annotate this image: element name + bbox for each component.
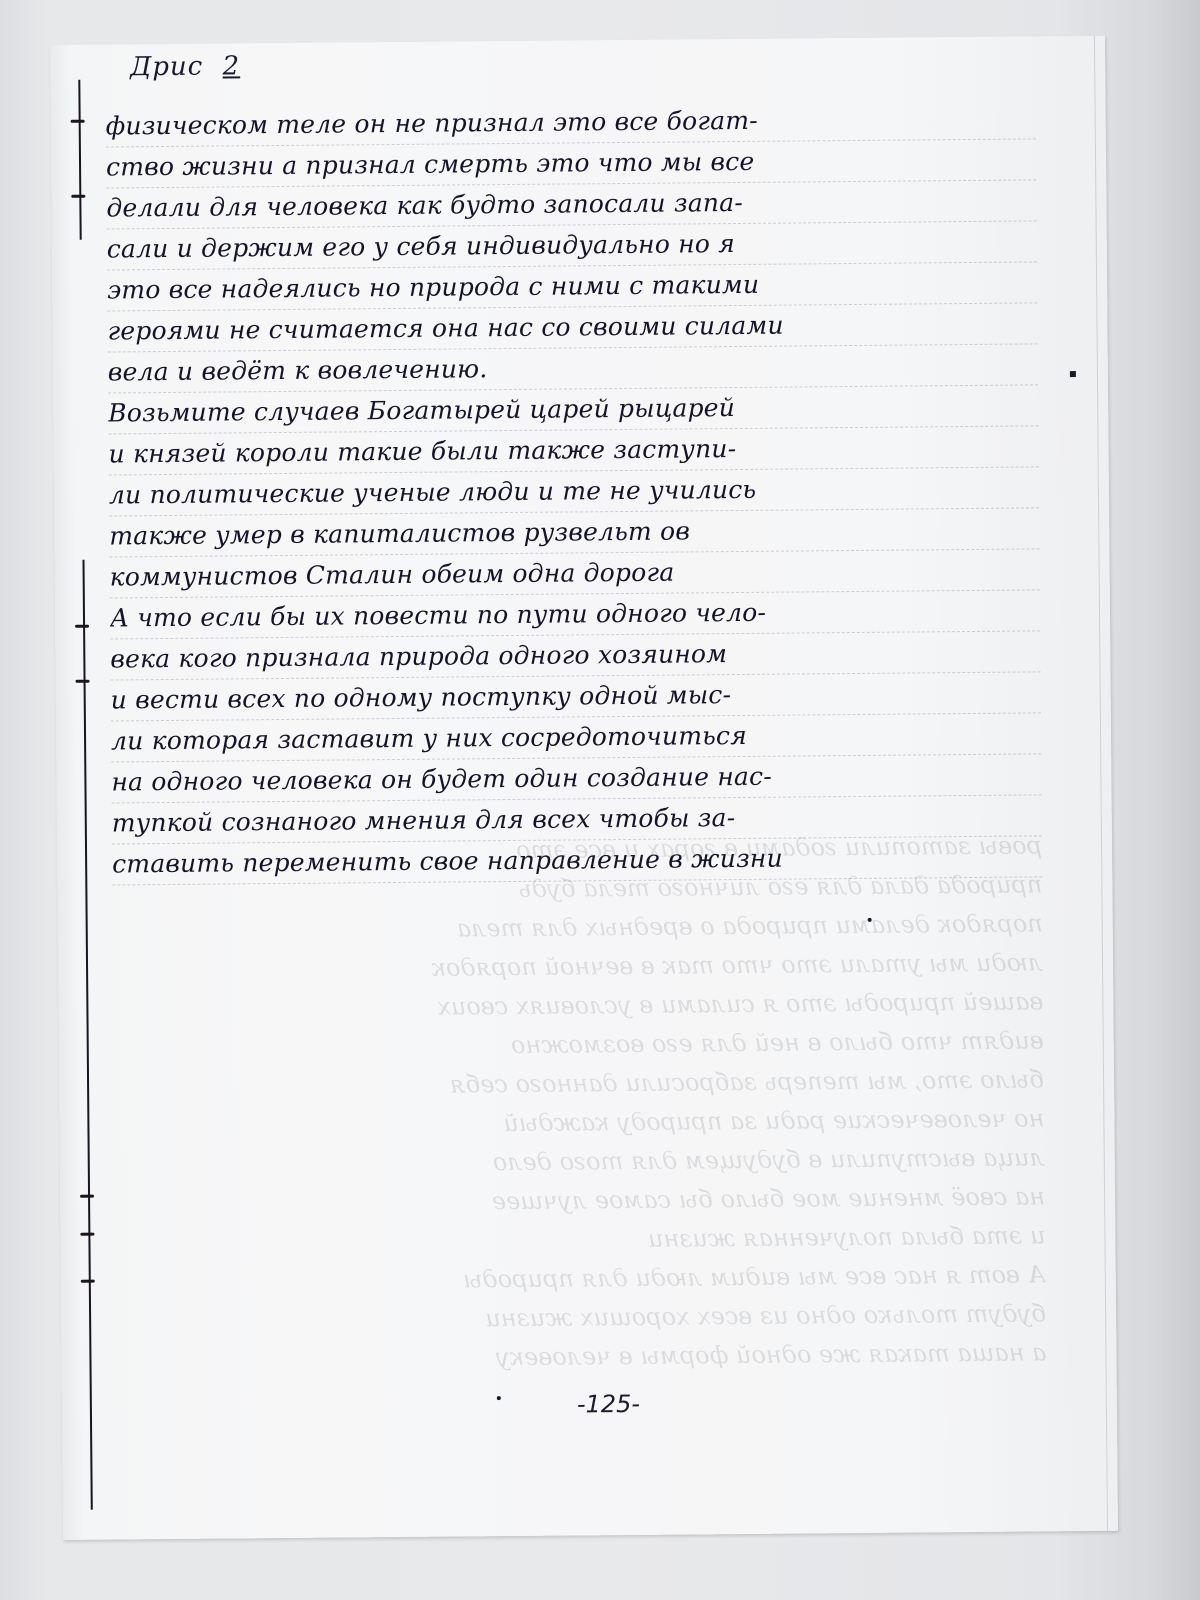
margin-tick	[80, 1233, 94, 1236]
paper-sheet: Дрис 2 физическом теле он не признал это…	[50, 36, 1118, 1540]
edge-mark	[1070, 371, 1076, 377]
bleed-through-text: ровы затопили годами в горах и все это п…	[112, 826, 1047, 1380]
sheet-edge	[1094, 36, 1108, 1531]
header-label: Дрис	[130, 52, 203, 83]
margin-tick	[75, 625, 89, 628]
margin-tick	[71, 120, 85, 123]
margin-tick	[81, 1280, 95, 1283]
page-number: -125-	[577, 1390, 640, 1419]
handwritten-text-body: физическом теле он не признал это все бо…	[106, 98, 1043, 885]
margin-tick	[76, 680, 90, 683]
margin-tick	[80, 1195, 94, 1198]
ink-speck	[497, 1396, 501, 1400]
margin-rule-bottom	[82, 560, 92, 1510]
ghost-line: а наша такая же одной формы в человеку	[116, 1333, 1046, 1380]
margin-tick	[71, 195, 85, 198]
margin-rule-top	[78, 80, 81, 240]
page-header-mark: Дрис 2	[130, 51, 240, 82]
header-number: 2	[222, 51, 240, 81]
ink-speck	[868, 918, 872, 922]
